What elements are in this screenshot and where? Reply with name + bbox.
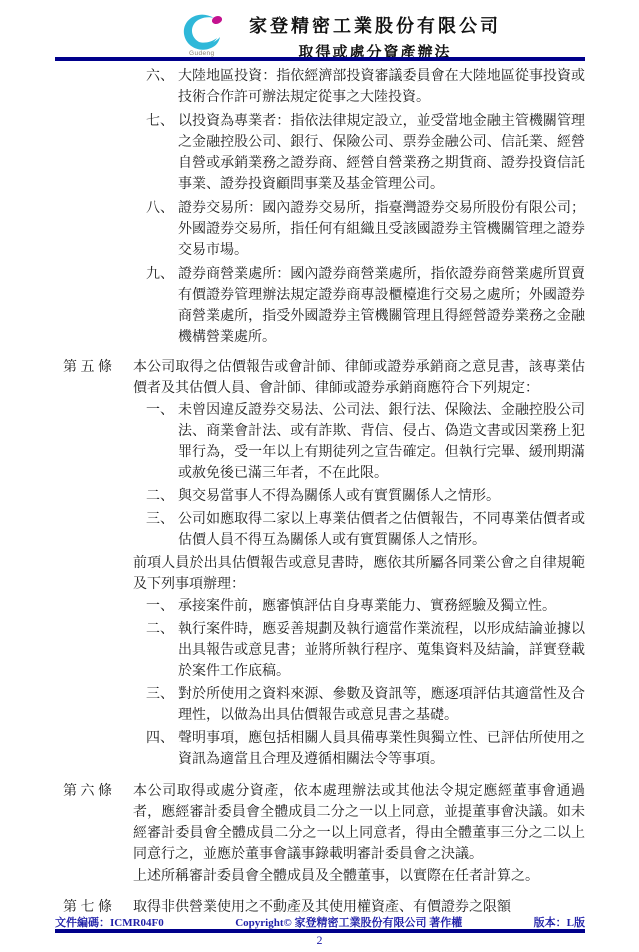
article-6: 第 六 條 本公司取得或處分資產，依本處理辦法或其他法令規定應經董事會通過者，應… bbox=[63, 781, 585, 888]
item-label: 七、 bbox=[146, 111, 178, 195]
item-text: 聲明事項，應包括相關人員具備專業性與獨立性、已評估所使用之資訊為適當且合理及遵循… bbox=[178, 728, 585, 770]
definition-item-6: 六、 大陸地區投資：指依經濟部投資審議委員會在大陸地區從事投資或技術合作許可辦法… bbox=[146, 66, 585, 108]
article-content: 本公司取得之估價報告或會計師、律師或證券承銷商之意見書，該專業估價者及其估價人員… bbox=[133, 357, 585, 772]
header-divider bbox=[55, 57, 585, 61]
item-label: 一、 bbox=[146, 596, 178, 617]
article-number: 第 六 條 bbox=[63, 781, 133, 888]
company-name: 家登精密工業股份有限公司 bbox=[225, 12, 525, 38]
item-label: 三、 bbox=[146, 509, 178, 551]
footer-doc-number: 文件編碼：ICMR04F0 bbox=[55, 914, 164, 930]
item-text: 與交易當事人不得為關係人或有實質關係人之情形。 bbox=[178, 486, 585, 507]
item-text: 承接案件前，應審慎評估自身專業能力、實務經驗及獨立性。 bbox=[178, 596, 585, 617]
item-label: 一、 bbox=[146, 400, 178, 484]
definition-item-8: 八、 證券交易所：國內證券交易所，指臺灣證券交易所股份有限公司；外國證券交易所，… bbox=[146, 198, 585, 261]
item-text: 對於所使用之資料來源、參數及資訊等，應逐項評估其適當性及合理性，以做為出具估價報… bbox=[178, 684, 585, 726]
article-sub-item: 三、 公司如應取得二家以上專業估價者之估價報告，不同專業估價者或估價人員不得互為… bbox=[146, 509, 585, 551]
item-label: 二、 bbox=[146, 619, 178, 682]
logo-wordmark: Gudeng bbox=[189, 50, 215, 57]
document-header: 家登精密工業股份有限公司 取得或處分資產辦法 bbox=[225, 12, 525, 62]
article-sub-item: 三、 對於所使用之資料來源、參數及資訊等，應逐項評估其適當性及合理性，以做為出具… bbox=[146, 684, 585, 726]
item-text: 證券交易所：國內證券交易所，指臺灣證券交易所股份有限公司；外國證券交易所，指任何… bbox=[178, 198, 585, 261]
article-sub-item: 二、 執行案件時，應妥善規劃及執行適當作業流程，以形成結論並據以出具報告或意見書… bbox=[146, 619, 585, 682]
item-label: 六、 bbox=[146, 66, 178, 108]
logo-dot bbox=[211, 15, 223, 25]
item-text: 執行案件時，應妥善規劃及執行適當作業流程，以形成結論並據以出具報告或意見書；並將… bbox=[178, 619, 585, 682]
item-text: 未曾因違反證券交易法、公司法、銀行法、保險法、金融控股公司法、商業會計法、或有詐… bbox=[178, 400, 585, 484]
article-sub-item: 一、 未曾因違反證券交易法、公司法、銀行法、保險法、金融控股公司法、商業會計法、… bbox=[146, 400, 585, 484]
item-label: 二、 bbox=[146, 486, 178, 507]
item-text: 公司如應取得二家以上專業估價者之估價報告，不同專業估價者或估價人員不得互為關係人… bbox=[178, 509, 585, 551]
article-5: 第 五 條 本公司取得之估價報告或會計師、律師或證券承銷商之意見書，該專業估價者… bbox=[63, 357, 585, 772]
item-label: 三、 bbox=[146, 684, 178, 726]
article-number: 第 五 條 bbox=[63, 357, 133, 772]
item-label: 四、 bbox=[146, 728, 178, 770]
footer-copyright: Copyright© 家登精密工業股份有限公司 著作權 bbox=[235, 914, 462, 930]
definition-item-9: 九、 證券商營業處所：國內證券商營業處所，指依證券商營業處所買賣有價證券管理辦法… bbox=[146, 264, 585, 348]
item-text: 大陸地區投資：指依經濟部投資審議委員會在大陸地區從事投資或技術合作許可辦法規定從… bbox=[178, 66, 585, 108]
article-paragraph: 本公司取得或處分資產，依本處理辦法或其他法令規定應經董事會通過者，應經審計委員會… bbox=[133, 781, 585, 865]
item-text: 以投資為專業者：指依法律規定設立，並受當地金融主管機關管理之金融控股公司、銀行、… bbox=[178, 111, 585, 195]
article-sub-item: 四、 聲明事項，應包括相關人員具備專業性與獨立性、已評估所使用之資訊為適當且合理… bbox=[146, 728, 585, 770]
article-paragraph: 本公司取得之估價報告或會計師、律師或證券承銷商之意見書，該專業估價者及其估價人員… bbox=[133, 357, 585, 399]
document-body: 六、 大陸地區投資：指依經濟部投資審議委員會在大陸地區從事投資或技術合作許可辦法… bbox=[63, 66, 585, 922]
footer-version: 版本：L版 bbox=[534, 914, 585, 930]
gudeng-logo-icon: Gudeng bbox=[179, 11, 227, 57]
article-paragraph: 前項人員於出具估價報告或意見書時，應依其所屬各同業公會之自律規範及下列事項辦理： bbox=[133, 553, 585, 595]
article-paragraph: 上述所稱審計委員會全體成員及全體董事，以實際在任者計算之。 bbox=[133, 866, 585, 887]
document-footer: 文件編碼：ICMR04F0 Copyright© 家登精密工業股份有限公司 著作… bbox=[55, 914, 585, 930]
item-label: 八、 bbox=[146, 198, 178, 261]
item-text: 證券商營業處所：國內證券商營業處所，指依證券商營業處所買賣有價證券管理辦法規定證… bbox=[178, 264, 585, 348]
item-label: 九、 bbox=[146, 264, 178, 348]
page-number: 2 bbox=[0, 933, 639, 948]
article-content: 本公司取得或處分資產，依本處理辦法或其他法令規定應經董事會通過者，應經審計委員會… bbox=[133, 781, 585, 888]
article-sub-item: 二、 與交易當事人不得為關係人或有實質關係人之情形。 bbox=[146, 486, 585, 507]
gudeng-logo-svg: Gudeng bbox=[179, 11, 227, 57]
definition-item-7: 七、 以投資為專業者：指依法律規定設立，並受當地金融主管機關管理之金融控股公司、… bbox=[146, 111, 585, 195]
article-sub-item: 一、 承接案件前，應審慎評估自身專業能力、實務經驗及獨立性。 bbox=[146, 596, 585, 617]
